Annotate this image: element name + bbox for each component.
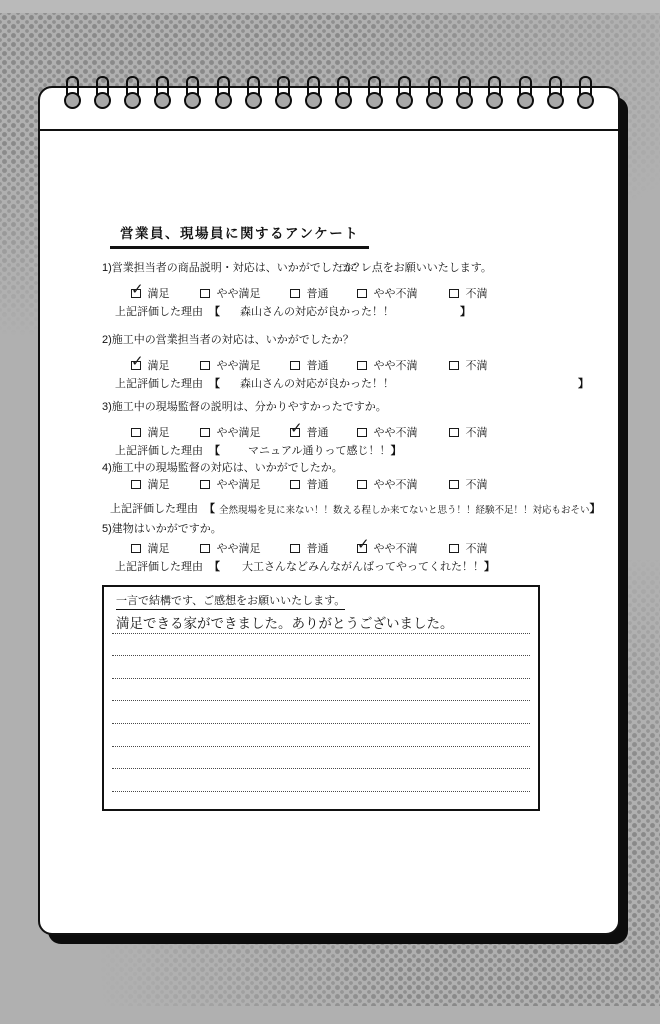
option-label: 満足 (148, 543, 170, 555)
checkbox-instruction: □に レ点をお願いいたします。 (340, 259, 492, 275)
spiral-ring-icon (215, 76, 232, 116)
option-label: やや不満 (374, 360, 418, 372)
ruled-line[interactable] (112, 679, 530, 702)
spiral-ring-icon (245, 76, 262, 116)
spiral-ring-icon (486, 76, 503, 116)
question-block: 5)建物はいかがですか。 満足 やや満足 普通 やや不満 不満 上記評価した理由… (102, 520, 590, 574)
question-label: 3)施工中の現場監督の説明は、分かりやすかったですか。 (102, 401, 387, 413)
options-row: 満足 やや満足 普通 やや不満 不満 (102, 357, 590, 372)
spiral-ring-icon (94, 76, 111, 116)
option-somewhat-dissatisfied[interactable]: やや不満 (357, 424, 418, 440)
option-label: やや満足 (217, 360, 261, 372)
spiral-ring-icon (305, 76, 322, 116)
checkbox-icon[interactable] (357, 480, 367, 490)
option-neutral[interactable]: 普通 (290, 424, 329, 440)
checkbox-icon[interactable] (449, 480, 459, 490)
comment-box-header: 一言で結構です、ご感想をお願いいたします。 (116, 592, 345, 610)
option-label: 満足 (148, 427, 170, 439)
reason-text: 大工さんなどみんながんばってやってくれた！！ (220, 558, 484, 574)
question-block: 2)施工中の営業担当者の対応は、いかがでしたか？ 満足 やや満足 普通 やや不満… (102, 331, 590, 391)
option-dissatisfied[interactable]: 不満 (449, 476, 488, 492)
checkbox-icon[interactable] (357, 544, 367, 554)
close-bracket-icon: 】 (484, 561, 495, 573)
question-label: 4)施工中の現場監督の対応は、いかがでしたか。 (102, 462, 343, 474)
open-bracket-icon: 【 (209, 378, 220, 390)
question-label: 5)建物はいかがですか。 (102, 523, 222, 535)
reason-label: 上記評価した理由 (115, 561, 203, 573)
option-somewhat-dissatisfied[interactable]: やや不満 (357, 357, 418, 373)
checkbox-icon[interactable] (200, 361, 210, 371)
checkbox-icon[interactable] (357, 428, 367, 438)
spiral-ring-icon (124, 76, 141, 116)
option-dissatisfied[interactable]: 不満 (449, 357, 488, 373)
option-label: 普通 (307, 479, 329, 491)
comment-box: 一言で結構です、ご感想をお願いいたします。 満足できる家ができました。ありがとう… (102, 585, 540, 811)
option-label: 満足 (148, 288, 170, 300)
question-block: 4)施工中の現場監督の対応は、いかがでしたか。 満足 やや満足 普通 やや不満 … (102, 459, 590, 516)
option-satisfied[interactable]: 満足 (131, 540, 170, 556)
notepad-header-rule (40, 129, 618, 131)
option-neutral[interactable]: 普通 (290, 357, 329, 373)
open-bracket-icon: 【 (209, 306, 220, 318)
option-label: やや不満 (374, 543, 418, 555)
survey-title: 営業員、現場員に関するアンケート (110, 222, 369, 249)
spiral-ring-icon (335, 76, 352, 116)
checkbox-icon[interactable] (200, 480, 210, 490)
option-label: 普通 (307, 427, 329, 439)
checkbox-icon[interactable] (357, 361, 367, 371)
option-somewhat-satisfied[interactable]: やや満足 (200, 357, 261, 373)
option-label: 不満 (466, 479, 488, 491)
checkbox-icon[interactable] (131, 428, 141, 438)
spiral-ring-icon (154, 76, 171, 116)
spiral-ring-icon (426, 76, 443, 116)
option-label: 普通 (307, 543, 329, 555)
checkbox-icon[interactable] (449, 361, 459, 371)
option-somewhat-satisfied[interactable]: やや満足 (200, 285, 261, 301)
option-satisfied[interactable]: 満足 (131, 357, 170, 373)
option-somewhat-dissatisfied[interactable]: やや不満 (357, 540, 418, 556)
ruled-line[interactable] (112, 747, 530, 770)
checkbox-icon[interactable] (290, 428, 300, 438)
spiral-ring-icon (577, 76, 594, 116)
options-row: 満足 やや満足 普通 やや不満 不満 (102, 285, 590, 300)
ruled-line[interactable] (112, 656, 530, 679)
option-satisfied[interactable]: 満足 (131, 476, 170, 492)
spiral-ring-icon (456, 76, 473, 116)
option-label: 普通 (307, 360, 329, 372)
question-block: 1)営業担当者の商品説明・対応は、いかがでしたか？ □に レ点をお願いいたします… (102, 259, 590, 319)
question-label: 2)施工中の営業担当者の対応は、いかがでしたか？ (102, 334, 354, 346)
option-label: 不満 (466, 427, 488, 439)
reason-text: マニュアル通りって感じ！！ (220, 442, 391, 458)
options-row: 満足 やや満足 普通 やや不満 不満 (102, 540, 590, 555)
close-bracket-icon: 】 (590, 503, 601, 515)
option-label: 不満 (466, 360, 488, 372)
background-top-strip (0, 0, 660, 13)
option-label: やや満足 (217, 288, 261, 300)
option-neutral[interactable]: 普通 (290, 476, 329, 492)
close-bracket-icon: 】 (578, 378, 589, 390)
option-satisfied[interactable]: 満足 (131, 424, 170, 440)
option-dissatisfied[interactable]: 不満 (449, 424, 488, 440)
option-label: やや不満 (374, 479, 418, 491)
checkbox-icon[interactable] (131, 544, 141, 554)
option-label: 普通 (307, 288, 329, 300)
option-label: やや満足 (217, 479, 261, 491)
open-bracket-icon: 【 (209, 445, 220, 457)
option-neutral[interactable]: 普通 (290, 540, 329, 556)
reason-text: 森山さんの対応が良かった！！ (220, 375, 578, 391)
ruled-lines: 満足できる家ができました。ありがとうございました。 (112, 611, 530, 792)
comment-text: 満足できる家ができました。ありがとうございました。 (116, 612, 454, 632)
option-label: 満足 (148, 360, 170, 372)
checkbox-icon[interactable] (449, 289, 459, 299)
checkbox-icon[interactable] (200, 428, 210, 438)
open-bracket-icon: 【 (204, 503, 215, 515)
option-label: やや満足 (217, 427, 261, 439)
ruled-line[interactable] (112, 724, 530, 747)
notepad-page: 営業員、現場員に関するアンケート 1)営業担当者の商品説明・対応は、いかがでした… (38, 86, 620, 935)
question-block: 3)施工中の現場監督の説明は、分かりやすかったですか。 満足 やや満足 普通 や… (102, 398, 590, 458)
spiral-ring-icon (547, 76, 564, 116)
option-dissatisfied[interactable]: 不満 (449, 540, 488, 556)
close-bracket-icon: 】 (460, 306, 471, 318)
spiral-ring-icon (275, 76, 292, 116)
comment-line[interactable]: 満足できる家ができました。ありがとうございました。 (112, 611, 530, 634)
option-somewhat-dissatisfied[interactable]: やや不満 (357, 476, 418, 492)
option-neutral[interactable]: 普通 (290, 285, 329, 301)
option-dissatisfied[interactable]: 不満 (449, 285, 488, 301)
option-satisfied[interactable]: 満足 (131, 285, 170, 301)
reason-label: 上記評価した理由 (115, 378, 203, 390)
spiral-ring-icon (396, 76, 413, 116)
question-label: 1)営業担当者の商品説明・対応は、いかがでしたか？ (102, 262, 365, 274)
option-label: 不満 (466, 288, 488, 300)
checkbox-icon[interactable] (290, 480, 300, 490)
checkbox-icon[interactable] (290, 361, 300, 371)
checkbox-icon[interactable] (290, 544, 300, 554)
checkbox-icon[interactable] (131, 480, 141, 490)
reason-label: 上記評価した理由 (110, 503, 198, 515)
option-label: 不満 (466, 543, 488, 555)
option-label: やや不満 (374, 288, 418, 300)
ruled-line[interactable] (112, 701, 530, 724)
spiral-ring-icon (366, 76, 383, 116)
option-label: 満足 (148, 479, 170, 491)
checkbox-icon[interactable] (290, 289, 300, 299)
options-row: 満足 やや満足 普通 やや不満 不満 (102, 424, 590, 439)
checkbox-icon[interactable] (200, 289, 210, 299)
checkbox-icon[interactable] (449, 544, 459, 554)
checkbox-icon[interactable] (200, 544, 210, 554)
reason-text: 森山さんの対応が良かった！！ (220, 303, 460, 319)
checkbox-icon[interactable] (131, 361, 141, 371)
option-somewhat-satisfied[interactable]: やや満足 (200, 476, 261, 492)
close-bracket-icon: 】 (391, 445, 402, 457)
spiral-ring-icon (64, 76, 81, 116)
ruled-line[interactable] (112, 634, 530, 657)
option-somewhat-dissatisfied[interactable]: やや不満 (357, 285, 418, 301)
open-bracket-icon: 【 (209, 561, 220, 573)
checkbox-icon[interactable] (357, 289, 367, 299)
options-row: 満足 やや満足 普通 やや不満 不満 (102, 476, 590, 491)
option-label: やや不満 (374, 427, 418, 439)
reason-label: 上記評価した理由 (115, 306, 203, 318)
option-somewhat-satisfied[interactable]: やや満足 (200, 540, 261, 556)
option-somewhat-satisfied[interactable]: やや満足 (200, 424, 261, 440)
spiral-ring-icon (517, 76, 534, 116)
spiral-ring-icon (184, 76, 201, 116)
option-label: やや満足 (217, 543, 261, 555)
checkbox-icon[interactable] (449, 428, 459, 438)
ruled-line[interactable] (112, 769, 530, 792)
reason-text: 全然現場を見に来ない！！数える程しか来てないと思う！！経験不足！！対応もおそい (215, 502, 590, 516)
reason-label: 上記評価した理由 (115, 445, 203, 457)
checkbox-icon[interactable] (131, 289, 141, 299)
